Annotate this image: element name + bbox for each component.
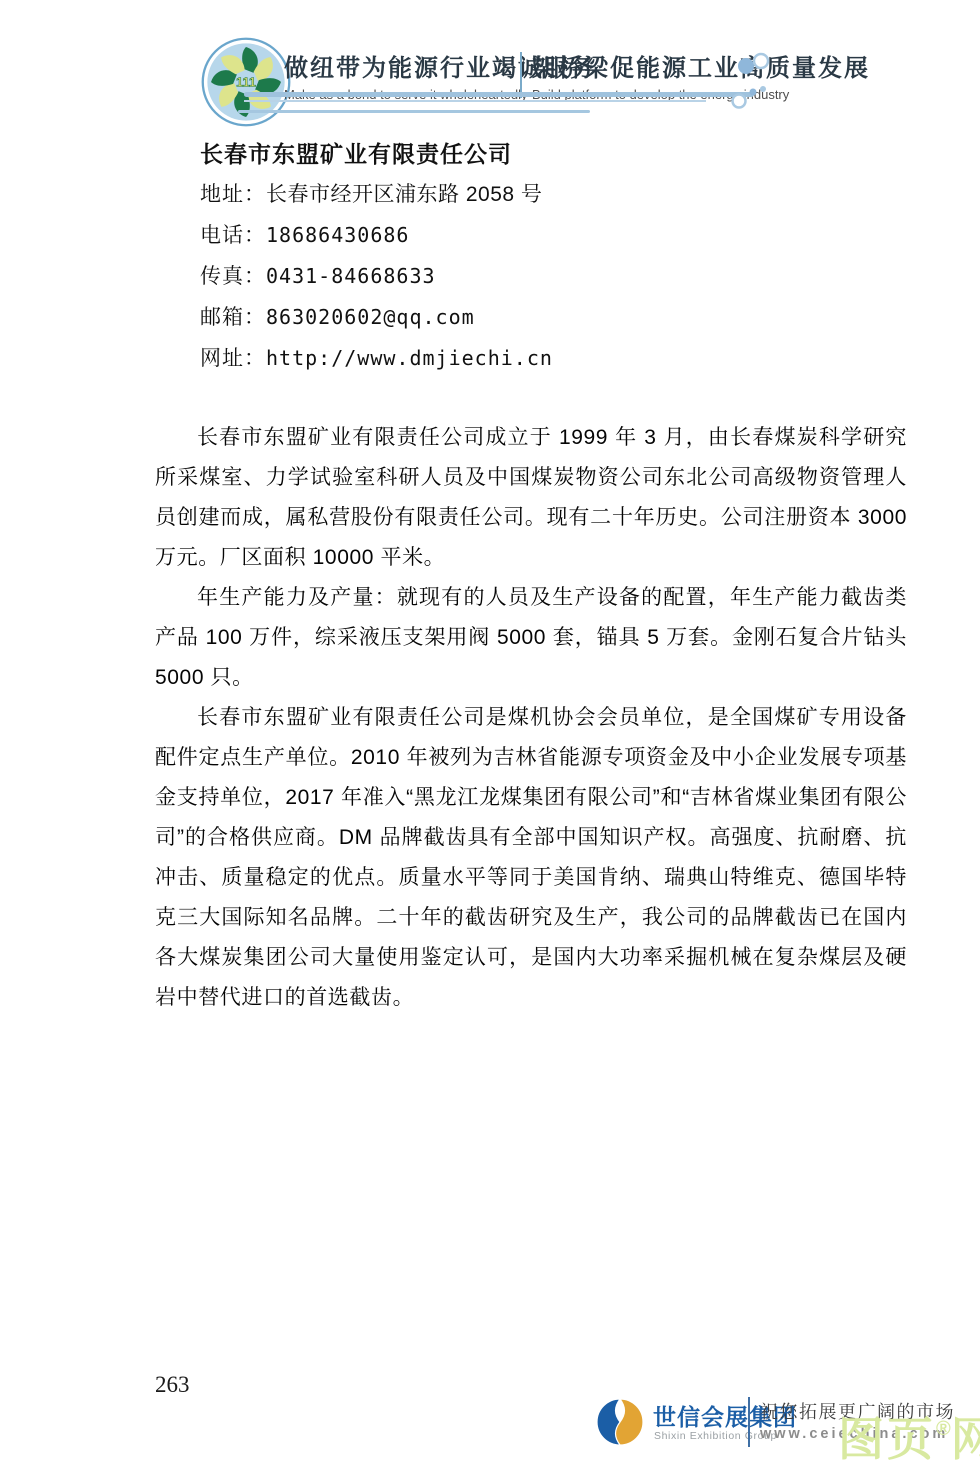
contact-row-email: 邮箱：863020602@qq.com [155, 297, 915, 338]
paragraph-capacity: 年生产能力及产量：就现有的人员及生产设备的配置，年生产能力截齿类产品 100 万… [155, 578, 907, 698]
shixin-group-logo-icon [595, 1397, 645, 1447]
email-value: 863020602@qq.com [266, 305, 475, 329]
website-value: http://www.dmjiechi.cn [266, 346, 553, 370]
tuyewang-watermark: 图页®网 [838, 1412, 980, 1467]
footer-divider [748, 1397, 750, 1447]
logo-center-text: 111 [236, 75, 256, 90]
contact-row-phone: 电话：18686430686 [155, 215, 915, 256]
contact-row-address: 地址：长春市经开区浦东路 2058 号 [155, 175, 915, 215]
contact-row-fax: 传真：0431-84668633 [155, 256, 915, 297]
energy-association-logo-icon: 111 [197, 36, 295, 128]
watermark-text-left: 图页 [838, 1413, 936, 1465]
phone-value: 18686430686 [266, 223, 409, 247]
slogan-right-cn: 架桥梁促能源工业高质量发展 [532, 48, 870, 83]
phone-label: 电话： [200, 224, 266, 247]
document-page: 111 做纽带为能源行业竭诚服务 Make as a bond to serve… [0, 0, 980, 1480]
footer-brand-name-en: Shixin Exhibition Group [654, 1430, 777, 1442]
watermark-text-right: 网 [951, 1413, 980, 1465]
contact-row-website: 网址：http://www.dmjiechi.cn [155, 338, 915, 379]
address-label: 地址： [200, 183, 266, 206]
paragraph-qualifications: 长春市东盟矿业有限责任公司是煤机协会会员单位，是全国煤矿专用设备配件定点生产单位… [155, 698, 907, 1018]
company-info-block: 长春市东盟矿业有限责任公司 地址：长春市经开区浦东路 2058 号 电话：186… [155, 133, 915, 379]
header-rule-thick [244, 92, 754, 97]
header-bubbles-decoration [725, 50, 805, 120]
header-rule-lower [238, 110, 590, 113]
company-name: 长春市东盟矿业有限责任公司 [155, 133, 915, 175]
website-label: 网址： [200, 347, 266, 370]
paragraph-history: 长春市东盟矿业有限责任公司成立于 1999 年 3 月，由长春煤炭科学研究所采煤… [155, 418, 907, 578]
fax-value: 0431-84668633 [266, 264, 436, 288]
address-value: 长春市经开区浦东路 2058 号 [266, 183, 542, 206]
company-description: 长春市东盟矿业有限责任公司成立于 1999 年 3 月，由长春煤炭科学研究所采煤… [155, 418, 907, 1018]
registered-mark-icon: ® [936, 1418, 951, 1440]
page-number: 263 [155, 1372, 190, 1398]
header-rule-thin [244, 100, 706, 102]
email-label: 邮箱： [200, 306, 266, 329]
fax-label: 传真： [200, 265, 266, 288]
